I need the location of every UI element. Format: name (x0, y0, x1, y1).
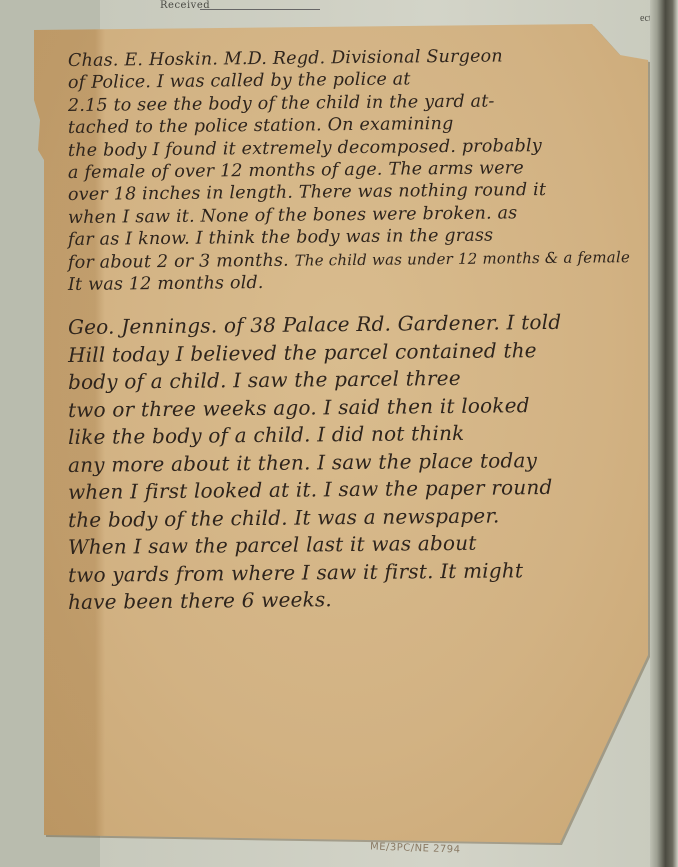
statement-line-text: for about 2 or 3 months. (68, 250, 289, 272)
statement-jennings: Geo. Jennings. of 38 Palace Rd. Gardener… (68, 314, 648, 617)
handwritten-text: Chas. E. Hoskin. M.D. Regd. Divisional S… (68, 50, 648, 617)
statement-hoskin: Chas. E. Hoskin. M.D. Regd. Divisional S… (68, 50, 648, 296)
backing-received-line (200, 9, 320, 10)
statement-line: have been there 6 weeks. (68, 583, 648, 617)
margin-insert: The child was under 12 months & a female (295, 248, 631, 270)
statement-line: It was 12 months old. (68, 268, 648, 296)
binding-edge (650, 0, 678, 867)
